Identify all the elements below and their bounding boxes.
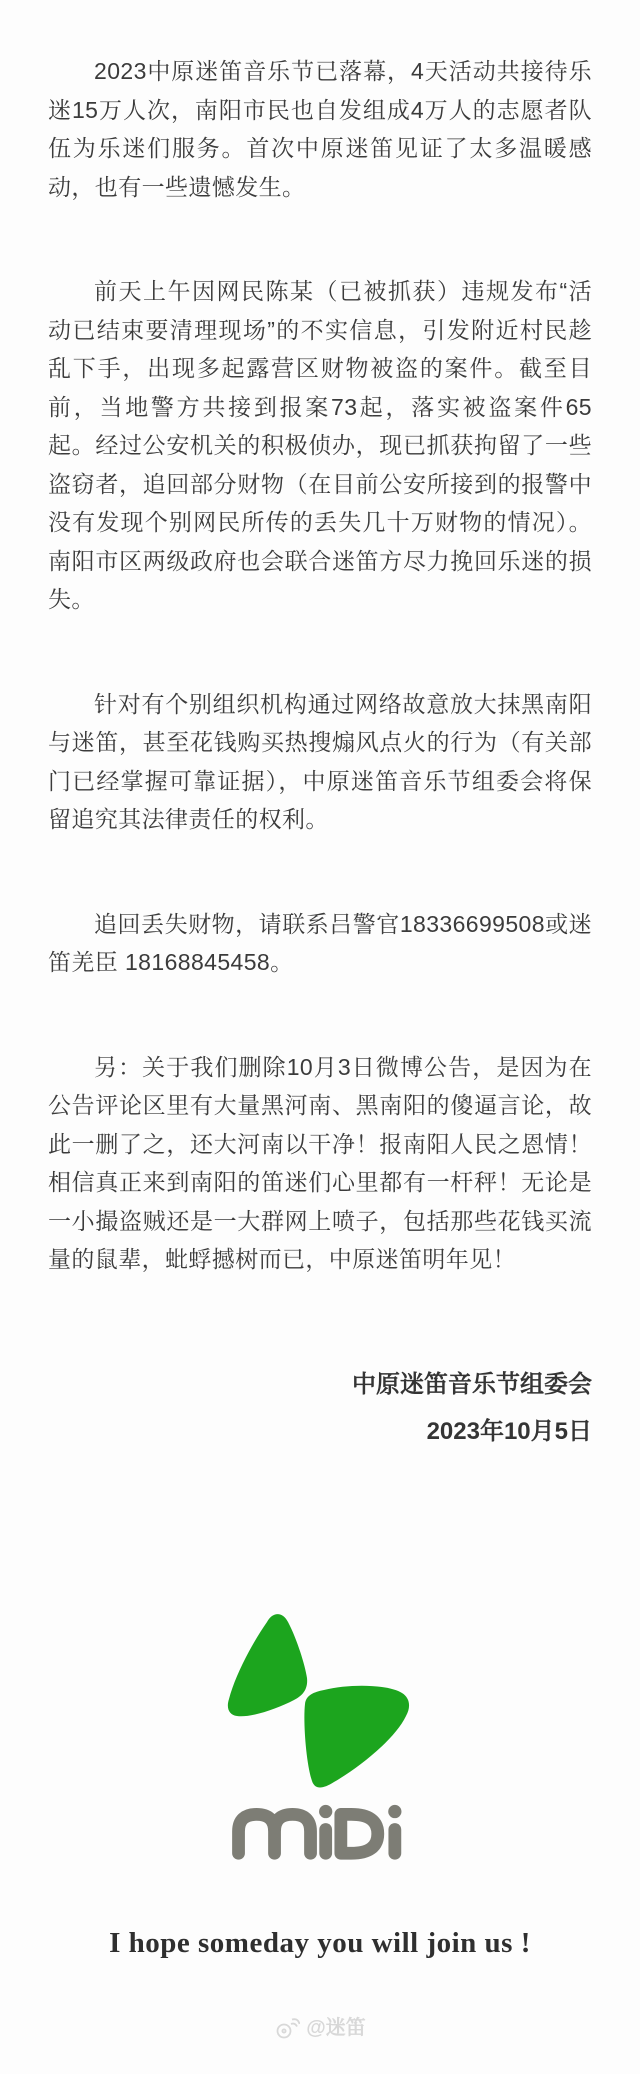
midi-wordmark	[230, 1801, 410, 1860]
signature-block: 中原迷笛音乐节组委会 2023年10月5日	[48, 1361, 592, 1455]
paragraph-theft-cases: 前天上午因网民陈某（已被抓获）违规发布“活动已结束要清理现场”的不实信息，引发附…	[48, 272, 592, 619]
signature-date: 2023年10月5日	[48, 1408, 592, 1455]
slogan-text: I hope someday you will join us !	[48, 1925, 592, 1961]
midi-festival-logo	[48, 1603, 592, 1860]
wordmark-letter-m	[239, 1814, 311, 1853]
logo-petal-bottom-right	[304, 1685, 409, 1787]
weibo-watermark: @迷笛	[48, 2017, 592, 2039]
wordmark-i2-dot	[388, 1804, 401, 1817]
signature-org: 中原迷笛音乐节组委会	[48, 1361, 592, 1408]
announcement-document: 2023中原迷笛音乐节已落幕，4天活动共接待乐迷15万人次，南阳市民也自发组成4…	[0, 0, 640, 2074]
logo-petal-top-left	[228, 1614, 307, 1716]
midi-butterfly-logo-icon	[220, 1603, 420, 1793]
paragraph-contact-info: 追回丢失财物，请联系吕警官18336699508或迷笛羌臣 1816884545…	[48, 905, 592, 982]
weibo-handle: @迷笛	[306, 2017, 366, 2039]
paragraph-legal-warning: 针对有个别组织机构通过网络故意放大抹黑南阳与迷笛，甚至花钱购买热搜煽风点火的行为…	[48, 685, 592, 839]
weibo-icon	[274, 2017, 300, 2039]
paragraph-summary: 2023中原迷笛音乐节已落幕，4天活动共接待乐迷15万人次，南阳市民也自发组成4…	[48, 52, 592, 206]
paragraph-weibo-deletion: 另：关于我们删除10月3日微博公告，是因为在公告评论区里有大量黑河南、黑南阳的傻…	[48, 1048, 592, 1279]
wordmark-i1-dot	[319, 1804, 332, 1817]
wordmark-letter-d	[341, 1814, 378, 1853]
